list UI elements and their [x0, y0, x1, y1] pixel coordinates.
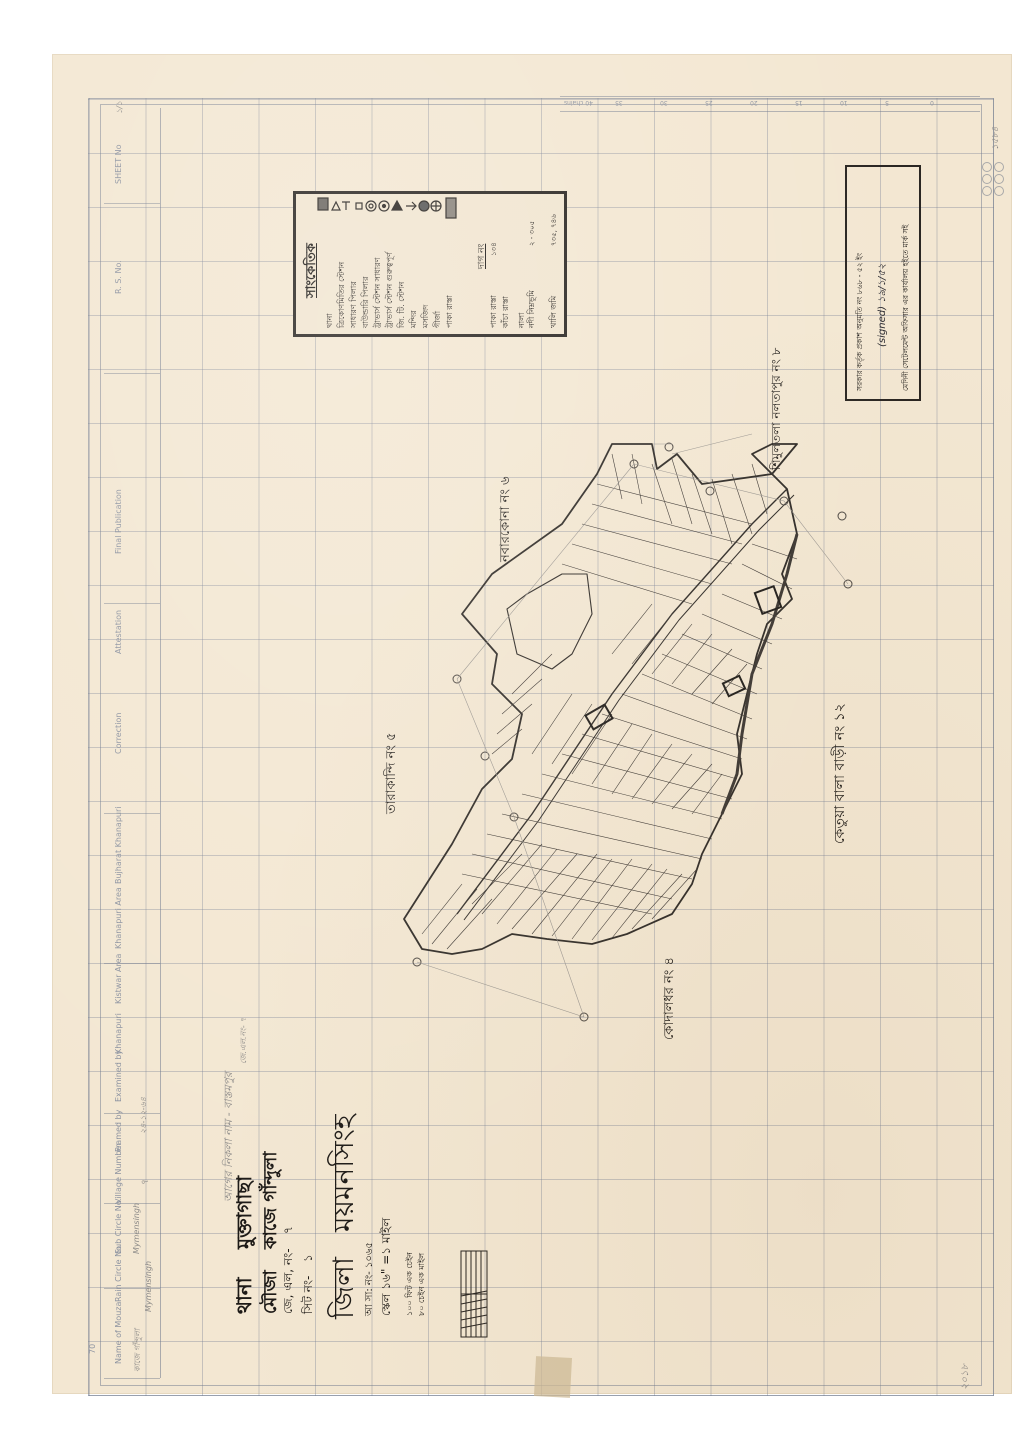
- tape-patch: [534, 1356, 572, 1398]
- scale-diagram: [52, 54, 1012, 1394]
- page-number-left: 70: [88, 1344, 97, 1354]
- bottom-right-note: ২০১৮: [958, 1364, 975, 1390]
- map-sheet: SHEET No ১/১ R. S. No. Name of Mouza Rai…: [52, 54, 1012, 1394]
- punch-holes: [982, 162, 1016, 192]
- top-right-stamp: ১৫৮৪: [988, 127, 1003, 150]
